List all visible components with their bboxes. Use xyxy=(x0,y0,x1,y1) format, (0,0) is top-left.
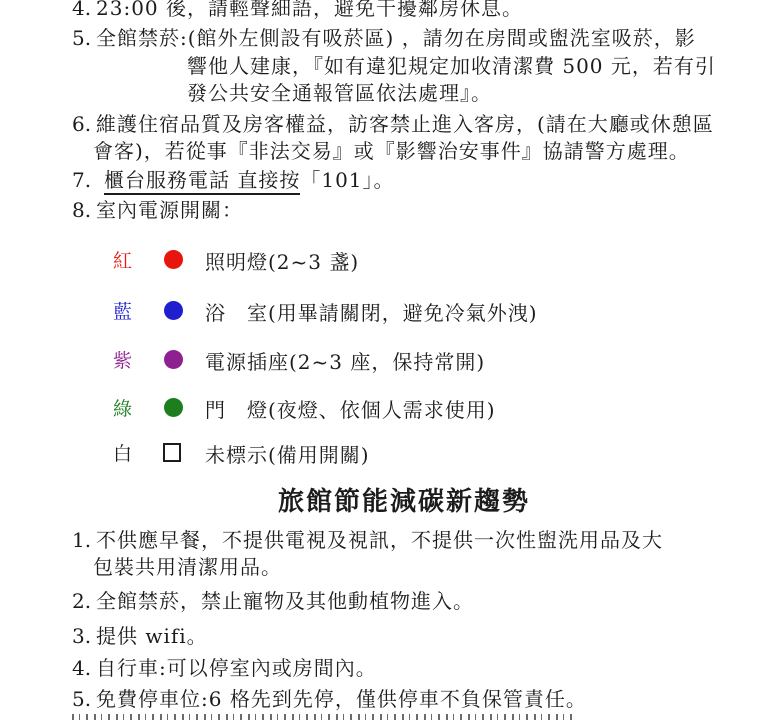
eco-item-3-text: 提供 wifi。 xyxy=(96,624,208,648)
switch-row-white: 白 未標示(備用開關) xyxy=(0,439,764,465)
rule-item-6-text-2: 會客)，若從事『非法交易』或『影響治安事件』協請警方處理。 xyxy=(93,139,690,163)
rule-item-8: 8.室內電源開關： xyxy=(72,198,243,222)
rule-item-5-line-1: 5.全館禁菸:(館外左側設有吸菸區) ，請勿在房間或盥洗室吸菸，影 xyxy=(72,26,696,50)
switch-row-purple: 紫 電源插座(2~3 座，保持常開) xyxy=(0,346,764,372)
eco-item-3: 3.提供 wifi。 xyxy=(72,624,208,648)
eco-section-title: 旅館節能減碳新趨勢 xyxy=(22,481,764,518)
rule-item-6-line-1: 6.維護住宿品質及房客權益，訪客禁止進入客房，(請在大廳或休憩區 xyxy=(72,112,714,136)
rule-item-6-number: 6. xyxy=(72,112,96,136)
rule-item-5-text-1: 全館禁菸:(館外左側設有吸菸區) ，請勿在房間或盥洗室吸菸，影 xyxy=(96,26,696,50)
switch-label-purple: 紫 xyxy=(113,346,132,373)
rule-item-4: 4.23:00 後，請輕聲細語，避免干擾鄰房休息。 xyxy=(72,0,523,20)
eco-item-1-text-2: 包裝共用清潔用品。 xyxy=(93,555,282,579)
rule-item-7: 7.櫃台服務電話 直接按「101」。 xyxy=(72,168,395,192)
cropped-text-line xyxy=(72,714,572,720)
switch-row-blue: 藍 浴 室(用畢請關閉，避免冷氣外洩) xyxy=(0,297,764,323)
blue-circle-icon xyxy=(164,301,183,320)
switch-desc-purple: 電源插座(2~3 座，保持常開) xyxy=(205,346,485,375)
eco-item-4-number: 4. xyxy=(72,656,96,680)
switch-desc-green: 門 燈(夜燈、依個人需求使用) xyxy=(205,394,496,423)
rule-item-5-line-3: 發公共安全通報管區依法處理』。 xyxy=(187,81,492,105)
switch-label-green: 綠 xyxy=(113,394,132,421)
white-square-icon xyxy=(163,443,181,462)
eco-item-4: 4.自行車:可以停室內或房間內。 xyxy=(72,656,377,680)
purple-circle-icon xyxy=(164,350,183,369)
eco-item-2-number: 2. xyxy=(72,589,96,613)
switch-row-green: 綠 門 燈(夜燈、依個人需求使用) xyxy=(0,394,764,420)
eco-item-2: 2.全館禁菸，禁止寵物及其他動植物進入。 xyxy=(72,589,474,613)
switch-label-blue: 藍 xyxy=(113,297,132,324)
eco-item-2-text: 全館禁菸，禁止寵物及其他動植物進入。 xyxy=(96,589,474,613)
rule-item-4-number: 4. xyxy=(72,0,96,20)
rule-item-7-underlined-text: 櫃台服務電話 直接按 xyxy=(104,168,300,195)
rule-item-4-text: 23:00 後，請輕聲細語，避免干擾鄰房休息。 xyxy=(96,0,523,20)
rule-item-7-number: 7. xyxy=(72,168,104,192)
rule-item-5-number: 5. xyxy=(72,26,96,50)
eco-item-1-line-2: 包裝共用清潔用品。 xyxy=(93,555,282,579)
document-page: 4.23:00 後，請輕聲細語，避免干擾鄰房休息。 5.全館禁菸:(館外左側設有… xyxy=(0,0,764,720)
eco-item-1-number: 1. xyxy=(72,528,96,552)
eco-item-3-number: 3. xyxy=(72,624,96,648)
rule-item-6-line-2: 會客)，若從事『非法交易』或『影響治安事件』協請警方處理。 xyxy=(93,139,690,163)
switch-desc-red: 照明燈(2~3 盞) xyxy=(205,246,359,275)
rule-item-7-rest-text: 「101」。 xyxy=(300,168,394,192)
switch-desc-white: 未標示(備用開關) xyxy=(205,439,370,468)
switch-label-red: 紅 xyxy=(113,246,132,273)
switch-label-white: 白 xyxy=(113,439,132,466)
switch-desc-blue: 浴 室(用畢請關閉，避免冷氣外洩) xyxy=(205,297,538,326)
rule-item-5-text-3: 發公共安全通報管區依法處理』。 xyxy=(187,81,492,105)
rule-item-6-text-1: 維護住宿品質及房客權益，訪客禁止進入客房，(請在大廳或休憩區 xyxy=(96,112,714,136)
eco-item-5-text: 免費停車位:6 格先到先停，僅供停車不負保管責任。 xyxy=(96,687,587,711)
switch-row-red: 紅 照明燈(2~3 盞) xyxy=(0,246,764,272)
green-circle-icon xyxy=(164,398,183,417)
eco-item-5-number: 5. xyxy=(72,687,96,711)
eco-item-5: 5.免費停車位:6 格先到先停，僅供停車不負保管責任。 xyxy=(72,687,587,711)
rule-item-5-line-2: 響他人建康，『如有違犯規定加收清潔費 500 元，若有引 xyxy=(187,54,716,78)
eco-item-1-text-1: 不供應早餐，不提供電視及視訊，不提供一次性盥洗用品及大 xyxy=(96,528,663,552)
rule-item-8-number: 8. xyxy=(72,198,96,222)
eco-item-4-text: 自行車:可以停室內或房間內。 xyxy=(96,656,377,680)
red-circle-icon xyxy=(164,250,183,269)
eco-item-1-line-1: 1.不供應早餐，不提供電視及視訊，不提供一次性盥洗用品及大 xyxy=(72,528,663,552)
rule-item-5-text-2: 響他人建康，『如有違犯規定加收清潔費 500 元，若有引 xyxy=(187,54,716,78)
rule-item-8-text: 室內電源開關： xyxy=(96,198,243,222)
